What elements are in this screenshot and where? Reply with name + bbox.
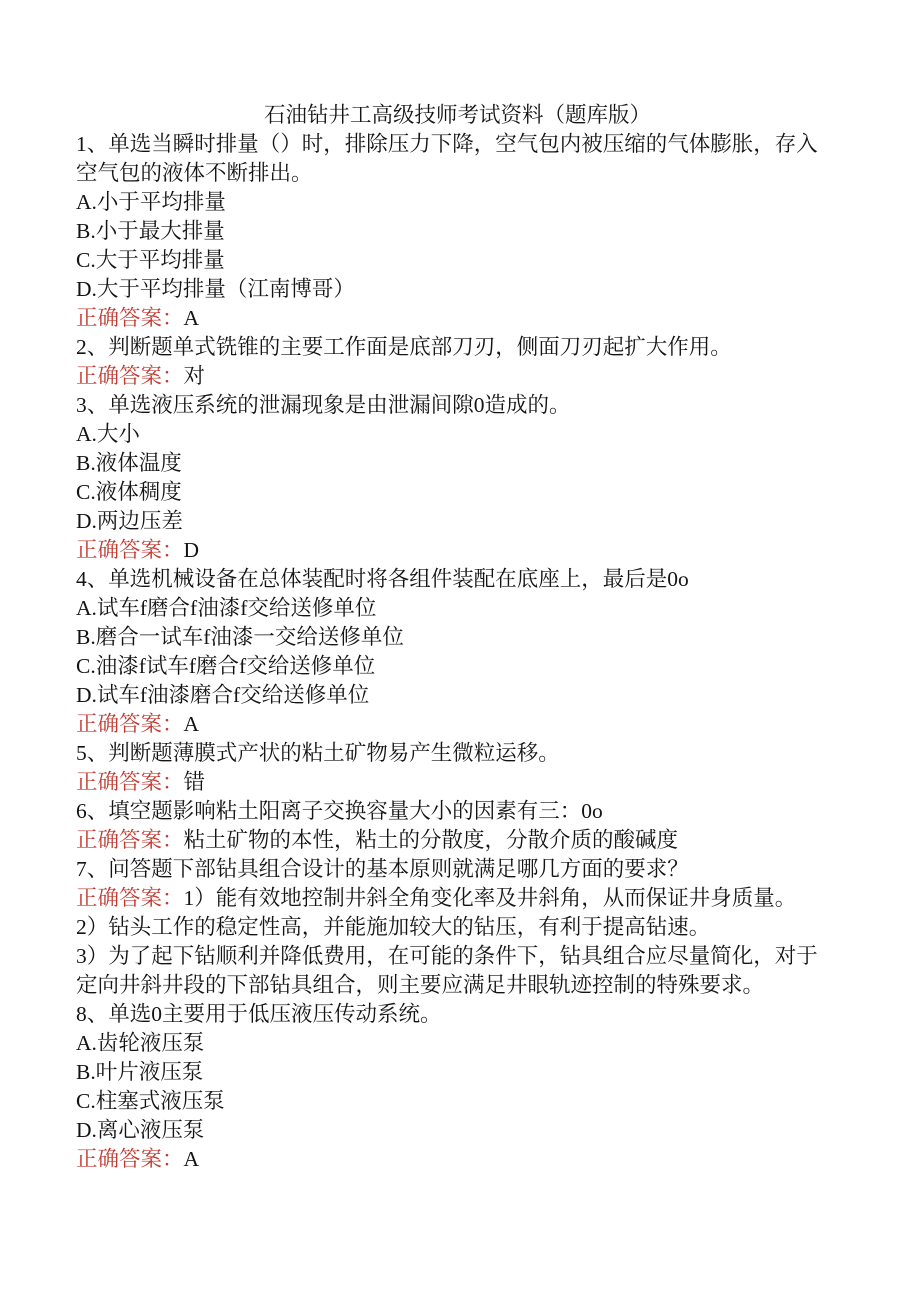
- answer-line: 正确答案：粘土矿物的本性，粘土的分散度，分散介质的酸碱度: [76, 826, 839, 855]
- answer-label: 正确答案：: [76, 538, 184, 562]
- option-c: C.柱塞式液压泵: [76, 1087, 839, 1116]
- question-4: 4、单选机械设备在总体装配时将各组件装配在底座上，最后是0o A.试车f磨合f油…: [76, 565, 920, 739]
- question-7: 7、问答题下部钻具组合设计的基本原则就满足哪几方面的要求？ 正确答案：1）能有效…: [76, 855, 920, 1000]
- question-5: 5、判断题薄膜式产状的粘土矿物易产生微粒运移。 正确答案：错: [76, 739, 920, 797]
- page-title: 石油钻井工高级技师考试资料（题库版）: [76, 101, 839, 130]
- answer-label: 正确答案：: [76, 770, 184, 794]
- option-a: A.试车f磨合f油漆f交给送修单位: [76, 594, 839, 623]
- document-page: 石油钻井工高级技师考试资料（题库版） 1、单选当瞬时排量（）时，排除压力下降，空…: [0, 0, 920, 1174]
- answer-label: 正确答案：: [76, 1147, 184, 1171]
- answer-label: 正确答案：: [76, 712, 184, 736]
- answer-line: 正确答案：A: [76, 710, 839, 739]
- answer-label: 正确答案：: [76, 828, 184, 852]
- answer-line: 正确答案：错: [76, 768, 839, 797]
- answer-label: 正确答案：: [76, 364, 184, 388]
- option-b: B.磨合一试车f油漆一交给送修单位: [76, 623, 839, 652]
- answer-label: 正确答案：: [76, 306, 184, 330]
- answer-value: A: [184, 1147, 200, 1171]
- answer-label: 正确答案：: [76, 886, 184, 910]
- option-a: A.小于平均排量: [76, 188, 839, 217]
- answer-continuation-line: 3）为了起下钻顺利并降低费用，在可能的条件下，钻具组合应尽量简化，对于定向井斜井…: [76, 942, 839, 1000]
- question-8: 8、单选0主要用于低压液压传动系统。 A.齿轮液压泵 B.叶片液压泵 C.柱塞式…: [76, 1000, 920, 1174]
- answer-line: 正确答案：1）能有效地控制井斜全角变化率及井斜角，从而保证井身质量。: [76, 884, 839, 913]
- answer-line: 正确答案：D: [76, 536, 839, 565]
- option-c: C.油漆f试车f磨合f交给送修单位: [76, 652, 839, 681]
- option-d: D.两边压差: [76, 507, 839, 536]
- question-3: 3、单选液压系统的泄漏现象是由泄漏间隙0造成的。 A.大小 B.液体温度 C.液…: [76, 391, 920, 565]
- option-a: A.大小: [76, 420, 839, 449]
- answer-line: 正确答案：A: [76, 1145, 839, 1174]
- option-d: D.离心液压泵: [76, 1116, 839, 1145]
- answer-value: 粘土矿物的本性，粘土的分散度，分散介质的酸碱度: [184, 828, 679, 852]
- question-stem: 1、单选当瞬时排量（）时，排除压力下降，空气包内被压缩的气体膨胀，存入空气包的液…: [76, 130, 839, 188]
- question-stem: 6、填空题影响粘土阳离子交换容量大小的因素有三：0o: [76, 797, 839, 826]
- answer-value: 1）能有效地控制井斜全角变化率及井斜角，从而保证井身质量。: [184, 886, 797, 910]
- option-b: B.小于最大排量: [76, 217, 839, 246]
- question-stem: 8、单选0主要用于低压液压传动系统。: [76, 1000, 839, 1029]
- answer-value: 对: [184, 364, 206, 388]
- option-c: C.液体稠度: [76, 478, 839, 507]
- question-6: 6、填空题影响粘土阳离子交换容量大小的因素有三：0o 正确答案：粘土矿物的本性，…: [76, 797, 920, 855]
- answer-value: A: [184, 306, 200, 330]
- question-2: 2、判断题单式铣锥的主要工作面是底部刀刃，侧面刀刃起扩大作用。 正确答案：对: [76, 333, 920, 391]
- question-stem: 3、单选液压系统的泄漏现象是由泄漏间隙0造成的。: [76, 391, 839, 420]
- option-b: B.叶片液压泵: [76, 1058, 839, 1087]
- question-1: 1、单选当瞬时排量（）时，排除压力下降，空气包内被压缩的气体膨胀，存入空气包的液…: [76, 130, 920, 333]
- question-stem: 7、问答题下部钻具组合设计的基本原则就满足哪几方面的要求？: [76, 855, 839, 884]
- answer-line: 正确答案：A: [76, 304, 839, 333]
- question-stem: 5、判断题薄膜式产状的粘土矿物易产生微粒运移。: [76, 739, 839, 768]
- option-c: C.大于平均排量: [76, 246, 839, 275]
- question-stem: 2、判断题单式铣锥的主要工作面是底部刀刃，侧面刀刃起扩大作用。: [76, 333, 839, 362]
- answer-value: 错: [184, 770, 206, 794]
- answer-continuation-line: 2）钻头工作的稳定性高，并能施加较大的钻压，有利于提高钻速。: [76, 913, 839, 942]
- option-d: D.大于平均排量（江南博哥）: [76, 275, 839, 304]
- answer-line: 正确答案：对: [76, 362, 839, 391]
- answer-value: D: [184, 538, 200, 562]
- option-b: B.液体温度: [76, 449, 839, 478]
- option-a: A.齿轮液压泵: [76, 1029, 839, 1058]
- question-stem: 4、单选机械设备在总体装配时将各组件装配在底座上，最后是0o: [76, 565, 839, 594]
- answer-value: A: [184, 712, 200, 736]
- option-d: D.试车f油漆磨合f交给送修单位: [76, 681, 839, 710]
